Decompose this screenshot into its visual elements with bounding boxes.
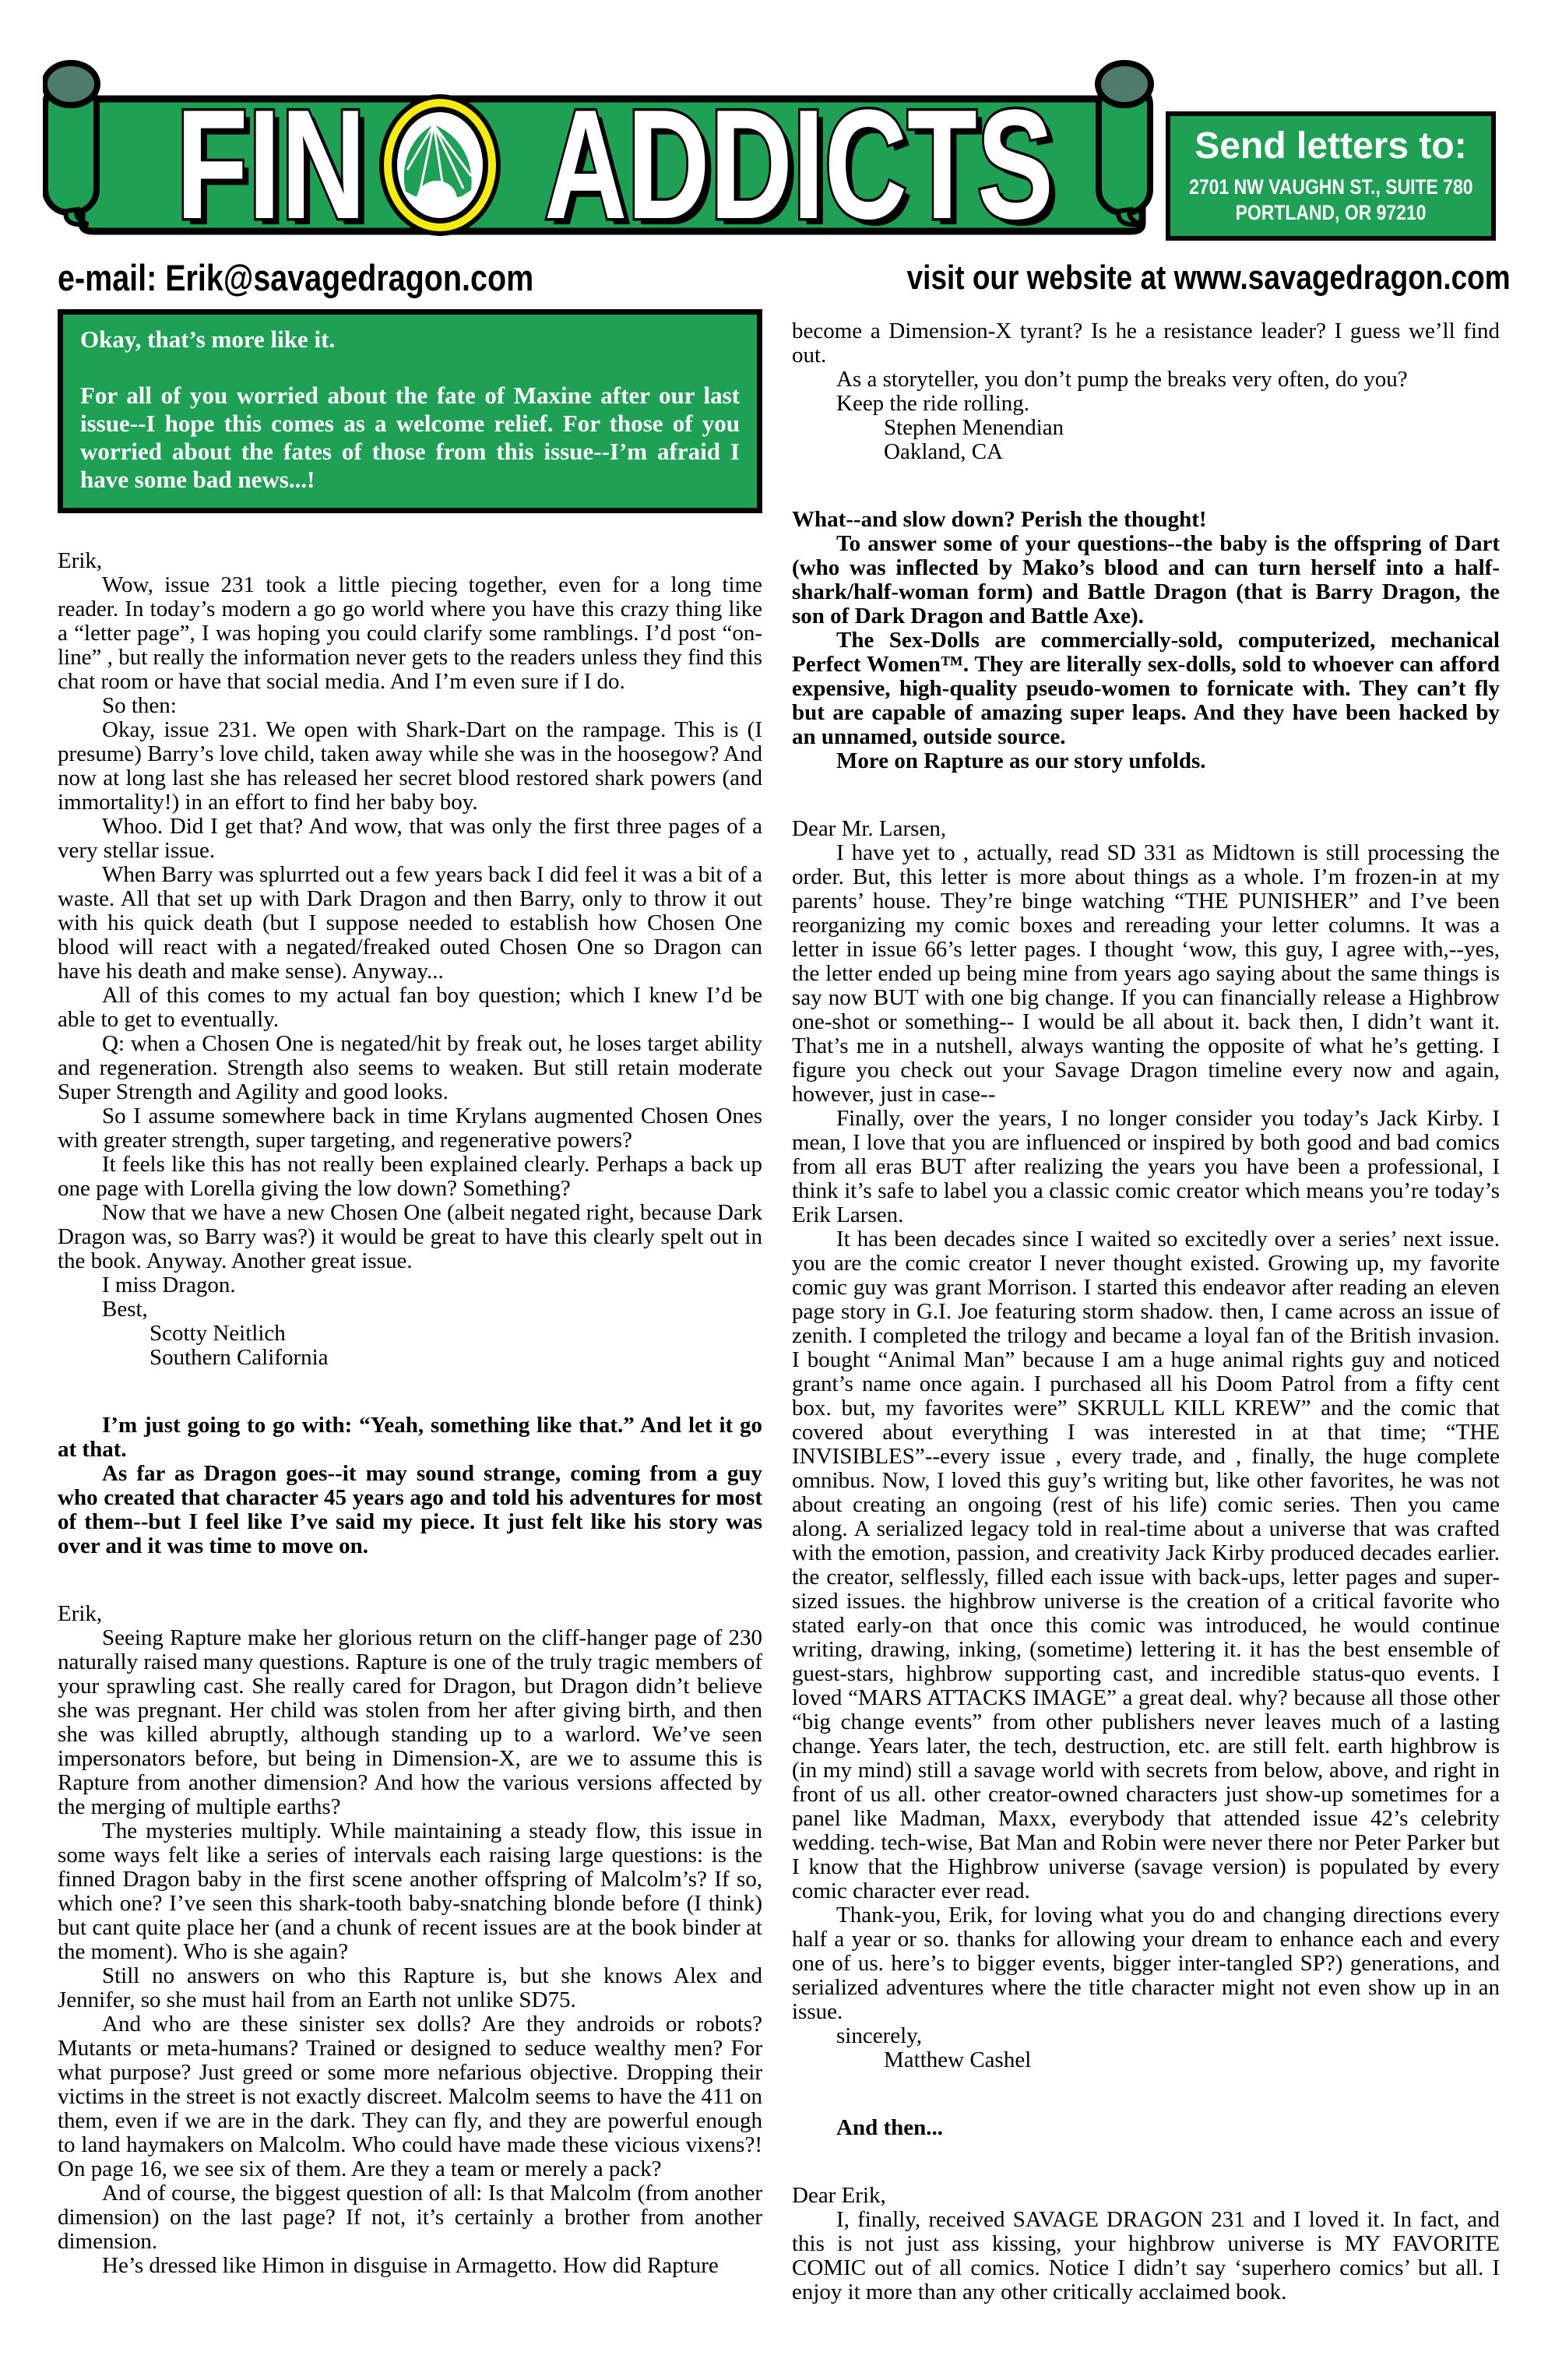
letter-paragraph: Erik,	[58, 1602, 762, 1626]
letter-paragraph: I miss Dragon.	[58, 1273, 762, 1297]
letter-paragraph: Okay, issue 231. We open with Shark-Dart…	[58, 718, 762, 815]
logo-word-fin: FIN	[176, 78, 366, 249]
letter-paragraph: The mysteries multiply. While maintainin…	[58, 1819, 762, 1964]
letter-paragraph: Finally, over the years, I no longer con…	[792, 1107, 1500, 1227]
right-column: become a Dimension-X tyrant? Is he a res…	[792, 319, 1500, 2304]
letter-paragraph: Whoo. Did I get that? And wow, that was …	[58, 815, 762, 863]
paragraph-gap	[792, 2072, 1500, 2116]
fin-addicts-logo: FIN FIN ADDIC	[43, 58, 1176, 249]
logo-word-addicts: ADDICTS	[544, 78, 1054, 249]
website-address: visit our website at www.savagedragon.co…	[907, 259, 1511, 297]
editor-intro-box: Okay, that’s more like it. For all of yo…	[58, 309, 762, 513]
paragraph-gap	[792, 773, 1500, 817]
letter-paragraph: I, finally, received SAVAGE DRAGON 231 a…	[792, 2208, 1500, 2304]
letter-paragraph: As a storyteller, you don’t pump the bre…	[792, 368, 1500, 392]
letter-paragraph: Matthew Cashel	[792, 2048, 1500, 2072]
letter-paragraph: become a Dimension-X tyrant? Is he a res…	[792, 319, 1500, 368]
letter-paragraph: Wow, issue 231 took a little piecing tog…	[58, 573, 762, 694]
letter-paragraph: sincerely,	[792, 2024, 1500, 2048]
letter-paragraph: Still no answers on who this Rapture is,…	[58, 1964, 762, 2012]
letter-paragraph: As far as Dragon goes--it may sound stra…	[58, 1462, 762, 1558]
letter-paragraph: Dear Mr. Larsen,	[792, 817, 1500, 841]
intro-box-body: For all of you worried about the fate of…	[80, 382, 740, 494]
letter-paragraph: Southern California	[58, 1346, 762, 1370]
send-letters-address-line2: PORTLAND, OR 97210	[1236, 200, 1427, 226]
letter-paragraph: He’s dressed like Himon in disguise in A…	[58, 2254, 762, 2278]
send-letters-box: Send letters to: 2701 NW VAUGHN ST., SUI…	[1166, 111, 1496, 241]
letter-paragraph: Oakland, CA	[792, 440, 1500, 464]
letter-paragraph: More on Rapture as our story unfolds.	[792, 749, 1500, 773]
letter-paragraph: It feels like this has not really been e…	[58, 1153, 762, 1201]
letter-paragraph: All of this comes to my actual fan boy q…	[58, 984, 762, 1032]
letter-paragraph: Now that we have a new Chosen One (albei…	[58, 1201, 762, 1273]
letter-paragraph: Keep the ride rolling.	[792, 392, 1500, 416]
intro-box-title: Okay, that’s more like it.	[80, 326, 740, 354]
scroll-roll-right	[1098, 63, 1151, 224]
letter-paragraph: Scotty Neitlich	[58, 1322, 762, 1346]
paragraph-gap	[792, 464, 1500, 508]
letter-paragraph: Dear Erik,	[792, 2184, 1500, 2208]
letter-paragraph: Stephen Menendian	[792, 416, 1500, 440]
letter-paragraph: And then...	[792, 2116, 1500, 2140]
letter-paragraph: When Barry was splurrted out a few years…	[58, 863, 762, 984]
letter-paragraph: So I assume somewhere back in time Kryla…	[58, 1104, 762, 1153]
letter-paragraph: So then:	[58, 694, 762, 718]
letter-paragraph: It has been decades since I waited so ex…	[792, 1227, 1500, 1903]
send-letters-title: Send letters to:	[1194, 126, 1466, 167]
letter-paragraph: Seeing Rapture make her glorious return …	[58, 1626, 762, 1819]
letter-paragraph: Best,	[58, 1297, 762, 1322]
letter-paragraph: What--and slow down? Perish the thought!	[792, 508, 1500, 532]
email-address: e-mail: Erik@savagedragon.com	[58, 256, 533, 299]
send-letters-address-line1: 2701 NW VAUGHN ST., SUITE 780	[1189, 174, 1472, 200]
fin-emblem-icon	[379, 94, 501, 236]
paragraph-gap	[792, 2140, 1500, 2184]
left-column: Okay, that’s more like it. For all of yo…	[58, 309, 762, 2278]
paragraph-gap	[58, 1558, 762, 1602]
letter-paragraph: The Sex-Dolls are commercially-sold, com…	[792, 628, 1500, 749]
right-column-letters: become a Dimension-X tyrant? Is he a res…	[792, 319, 1500, 2304]
paragraph-gap	[58, 1370, 762, 1414]
letter-paragraph: Erik,	[58, 549, 762, 573]
scroll-roll-left	[44, 63, 97, 224]
letter-paragraph: I’m just going to go with: “Yeah, someth…	[58, 1414, 762, 1462]
letter-paragraph: To answer some of your questions--the ba…	[792, 532, 1500, 628]
letters-page: FIN FIN ADDIC	[0, 0, 1548, 2380]
letter-paragraph: And of course, the biggest question of a…	[58, 2181, 762, 2254]
letter-paragraph: Q: when a Chosen One is negated/hit by f…	[58, 1032, 762, 1104]
letter-paragraph: I have yet to , actually, read SD 331 as…	[792, 841, 1500, 1107]
letter-paragraph: Thank-you, Erik, for loving what you do …	[792, 1903, 1500, 2024]
letter-paragraph: And who are these sinister sex dolls? Ar…	[58, 2012, 762, 2181]
left-column-letters: Erik,Wow, issue 231 took a little piecin…	[58, 549, 762, 2278]
